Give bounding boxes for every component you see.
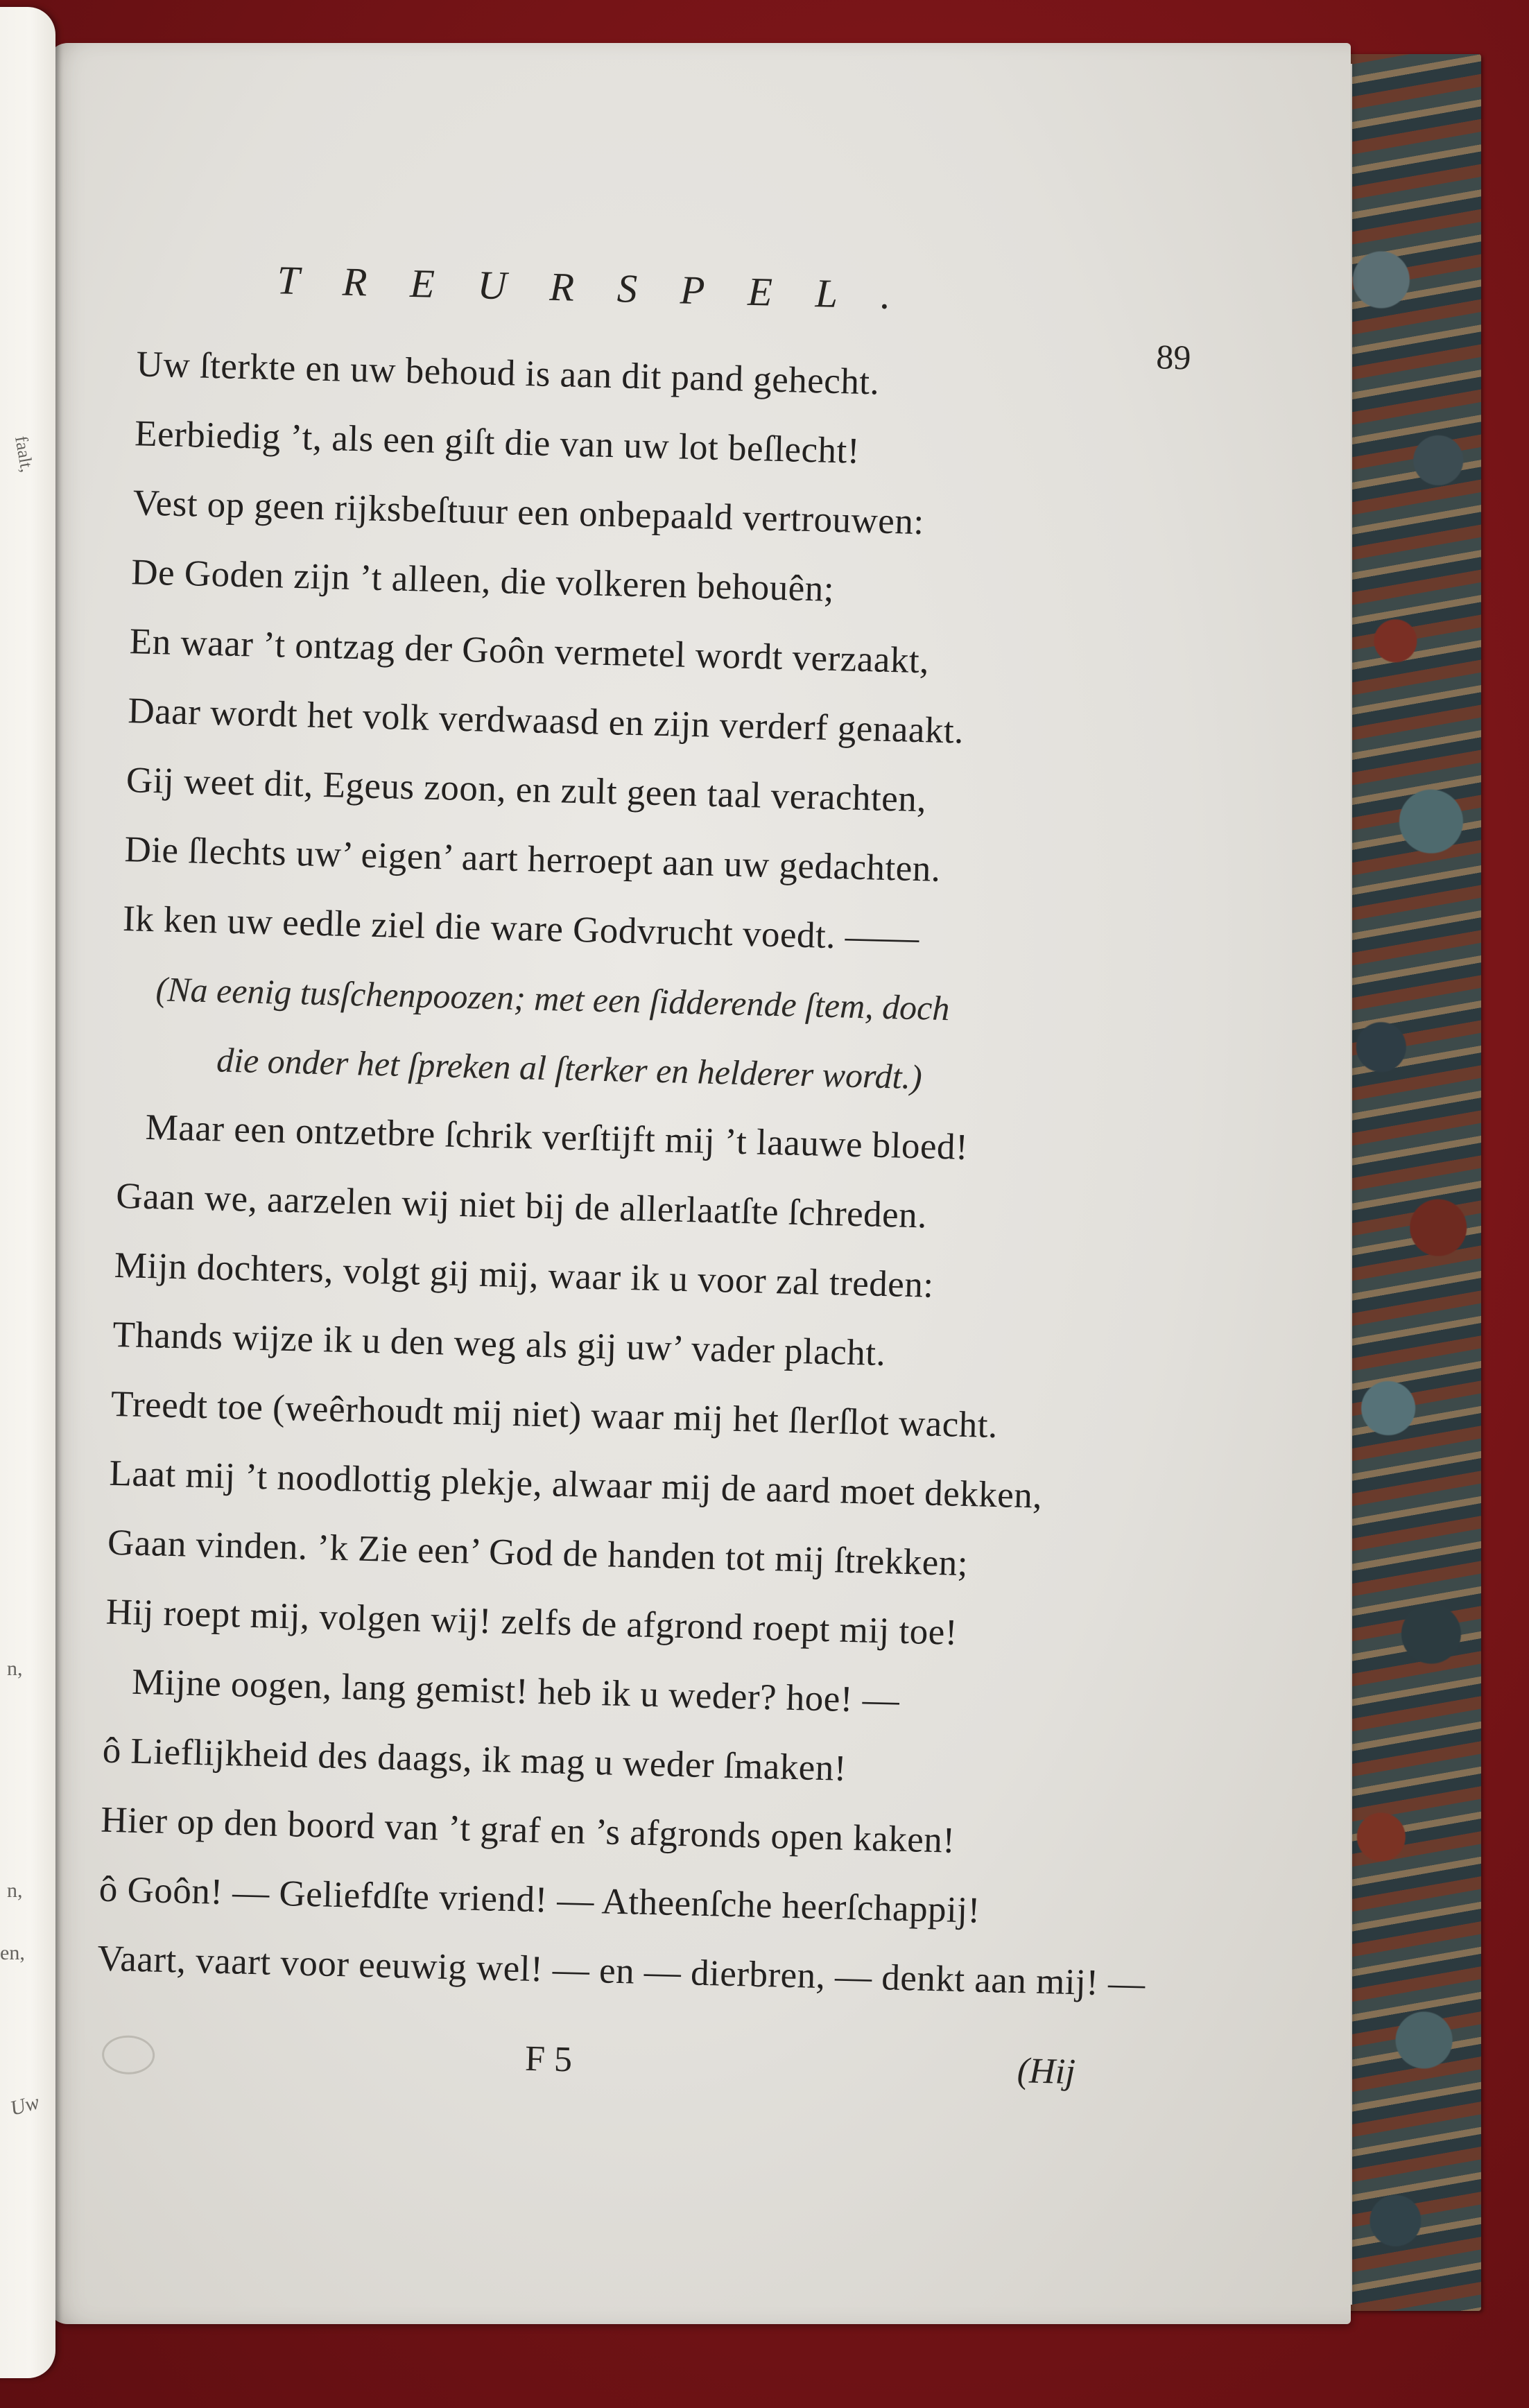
signature-mark: F 5: [524, 2038, 572, 2081]
catchword: (Hij: [1017, 2050, 1076, 2093]
ink-stain: [101, 2035, 155, 2075]
running-head: TREURSPEL.: [277, 257, 1109, 323]
left-page-fragment: n,: [7, 1657, 23, 1681]
left-page-fragment: n,: [7, 1879, 23, 1903]
page-footer: F 5 (Hij: [0, 2025, 1302, 2113]
verse-text-block: Uw ſterkte en uw behoud is aan dit pand …: [96, 329, 1218, 2019]
book-photograph: faalt, n, n, en, Uw TREURSPEL. 89 Uw ſte…: [0, 0, 1529, 2408]
left-page-leaf: faalt, n, n, en, Uw: [0, 7, 55, 2378]
book-page: TREURSPEL. 89 Uw ſterkte en uw behoud is…: [47, 43, 1351, 2324]
left-page-fragment: faalt,: [10, 434, 37, 474]
page-content: TREURSPEL. 89 Uw ſterkte en uw behoud is…: [0, 43, 1350, 2355]
marbled-back-cover: [1338, 54, 1481, 2311]
left-page-fragment: Uw: [8, 2090, 42, 2121]
left-page-fragment: en,: [0, 1941, 25, 1965]
